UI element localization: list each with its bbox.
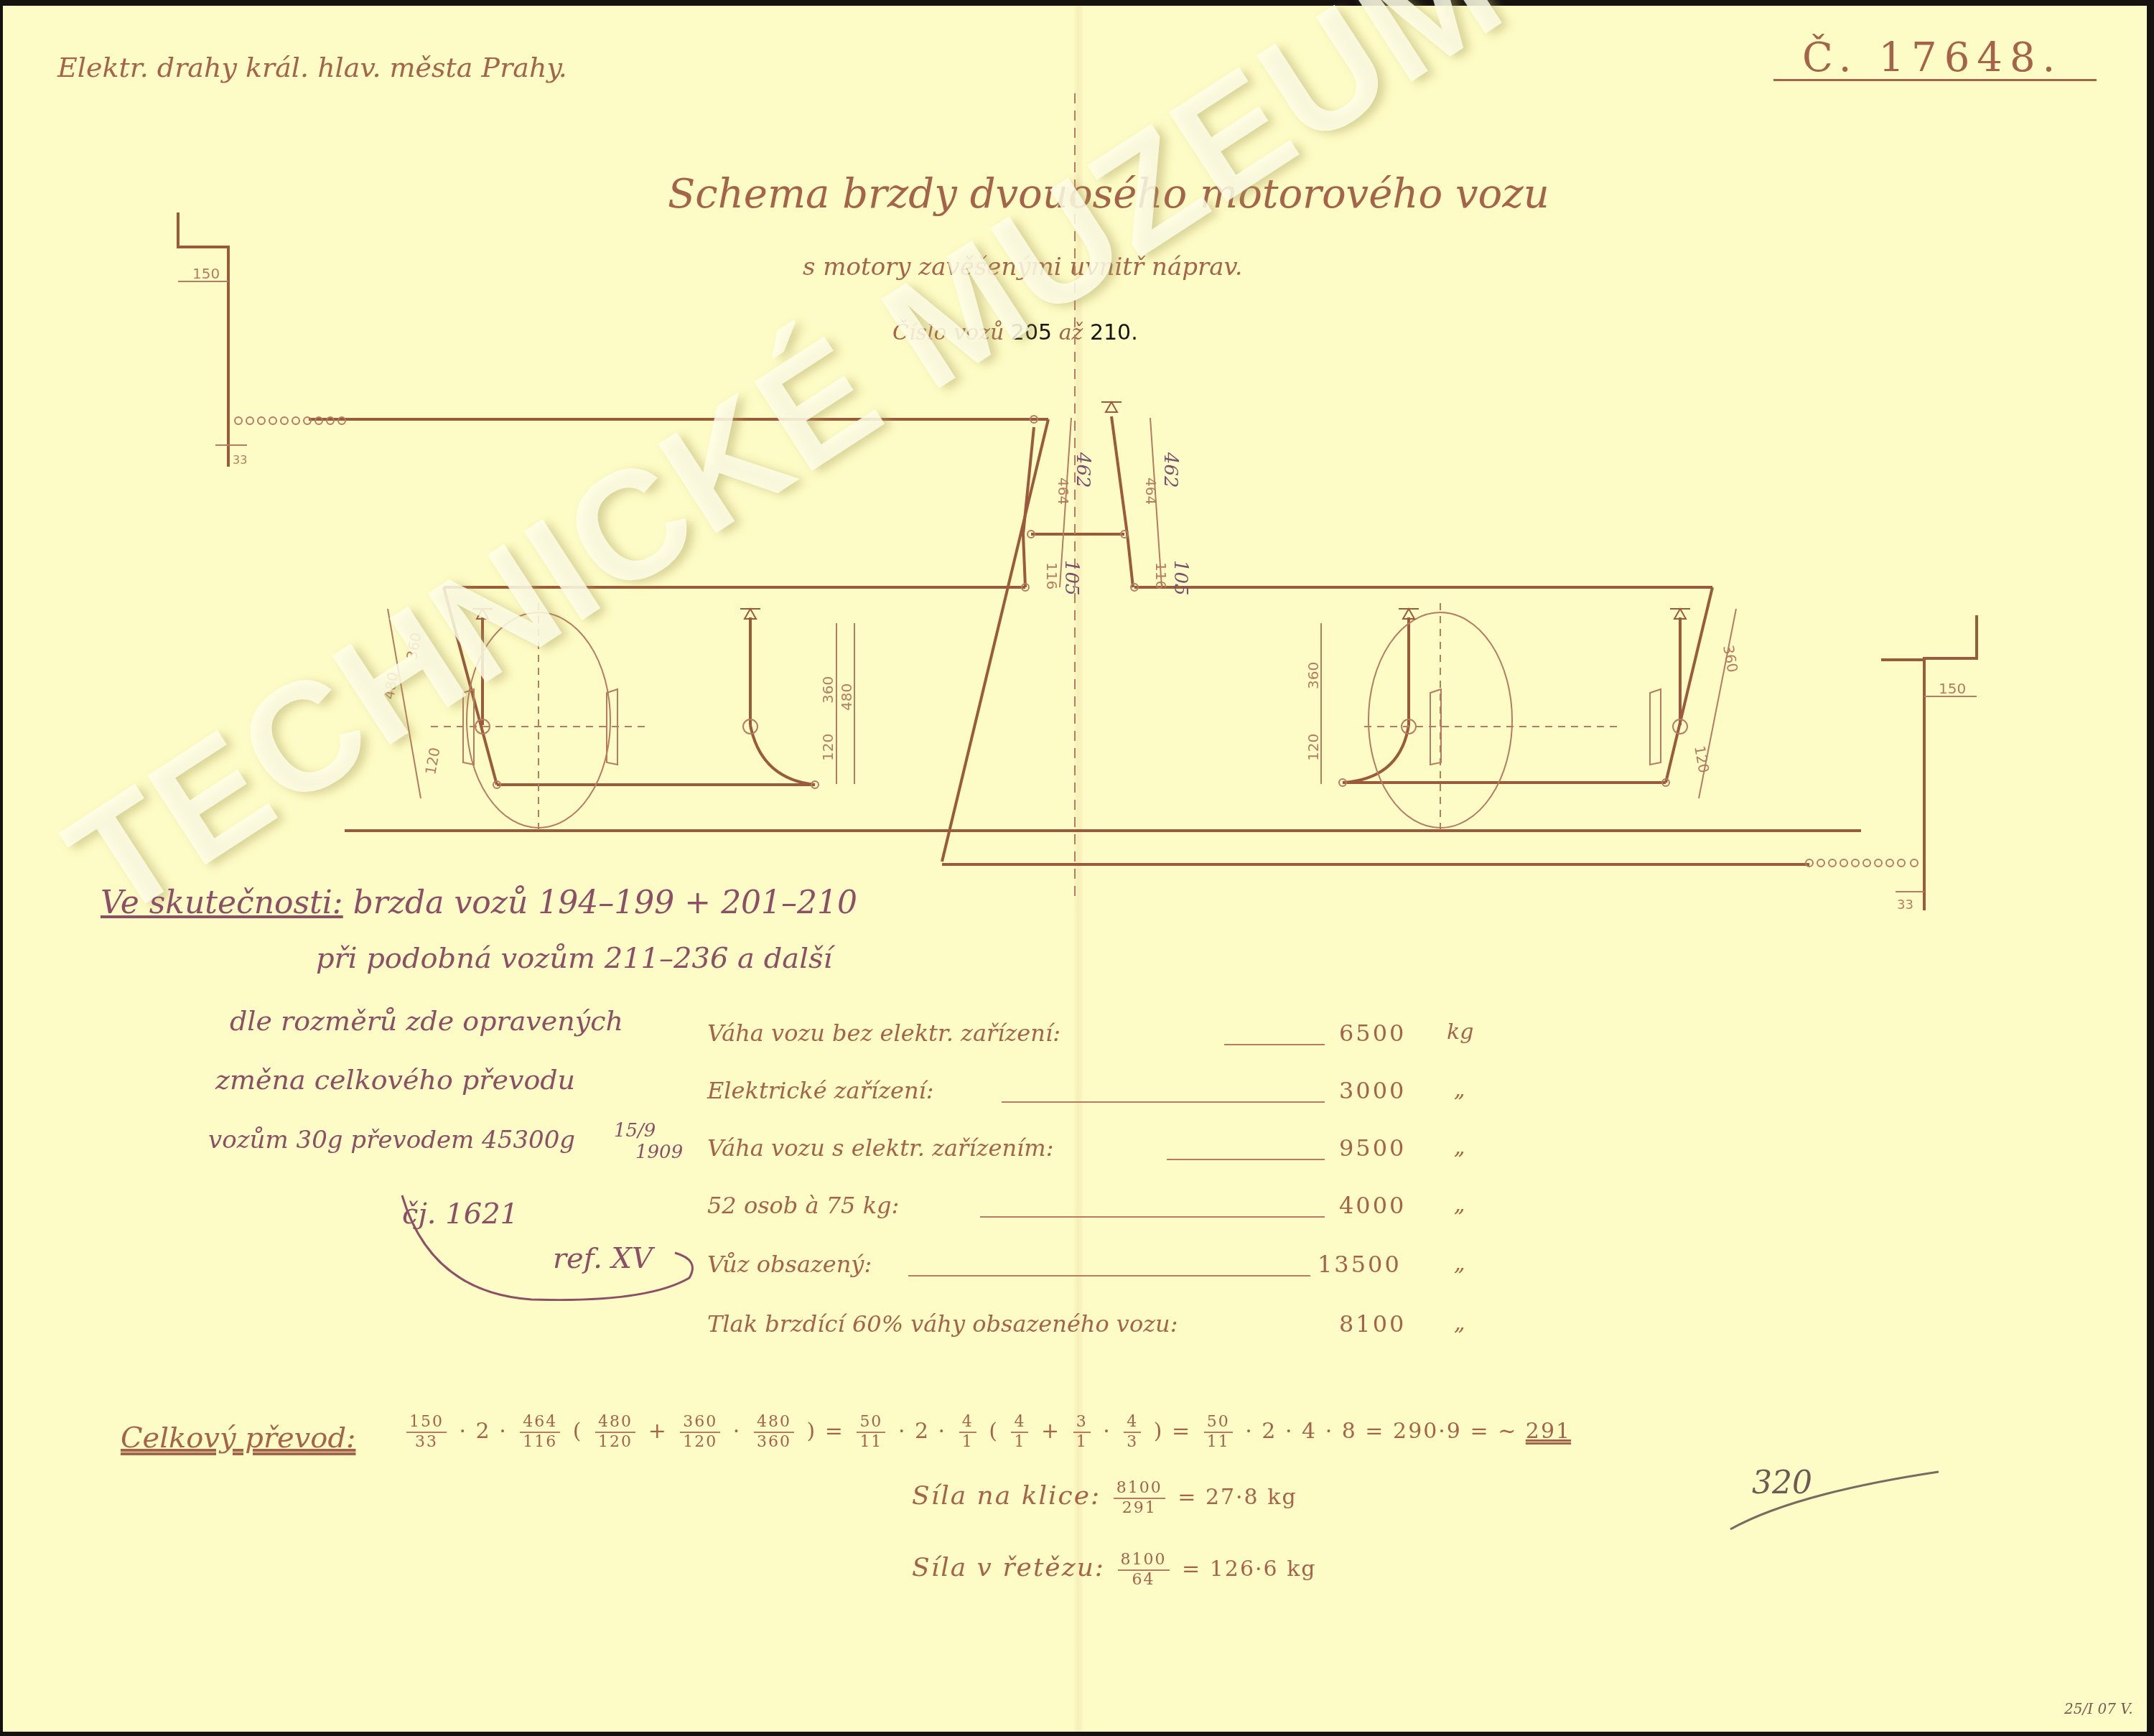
weight-unit: „ — [1454, 1310, 1465, 1335]
fraction: 15033 — [406, 1413, 447, 1452]
force-key-result: = 27·8 kg — [1178, 1485, 1297, 1510]
note-line-3: dle rozměrů zde opravených — [230, 1005, 623, 1037]
weight-label: Vůz obsazený: — [707, 1251, 872, 1278]
svg-text:120: 120 — [1691, 745, 1712, 775]
calc-result: 291 — [1526, 1419, 1571, 1444]
fraction: 43 — [1124, 1413, 1141, 1452]
fraction: 8100291 — [1114, 1479, 1165, 1518]
total-ratio-formula: 15033 · 2 · 464116 ( 480120 + 360120 · 4… — [402, 1413, 1571, 1452]
fraction: 5011 — [1204, 1413, 1233, 1452]
weight-row: Tlak brzdící 60% váhy obsazeného vozu: 8… — [707, 1310, 1497, 1353]
svg-text:105: 105 — [1170, 560, 1191, 596]
fraction: 464116 — [520, 1413, 560, 1452]
note-date-year: 1909 — [635, 1142, 683, 1163]
fraction: 41 — [959, 1413, 976, 1452]
weight-row: Váha vozu s elektr. zařízením: 9500 „ — [707, 1134, 1497, 1177]
note-line-4: změna celkového převodu — [215, 1064, 575, 1096]
weight-unit: „ — [1454, 1192, 1465, 1217]
svg-text:360: 360 — [1305, 662, 1322, 689]
svg-text:360: 360 — [819, 676, 836, 704]
force-key-label: Síla na klice: — [912, 1481, 1101, 1511]
svg-text:462: 462 — [1160, 452, 1181, 488]
note-line-1: Ve skutečnosti: brzda vozů 194–199 + 201… — [101, 885, 857, 921]
note-line-1-label: Ve skutečnosti: — [101, 885, 343, 921]
svg-text:150: 150 — [192, 265, 220, 282]
note-line-5: vozům 30g převodem 45300g — [208, 1126, 575, 1154]
weight-label: Elektrické zařízení: — [707, 1077, 934, 1104]
note-line-1-text: brzda vozů 194–199 + 201–210 — [353, 885, 857, 921]
note-line-2: při podobná vozům 211–236 a další — [316, 942, 832, 975]
weight-value: 3000 — [1339, 1077, 1406, 1104]
weight-row: Vůz obsazený: 13500 „ — [707, 1251, 1497, 1294]
fraction: 5011 — [857, 1413, 885, 1452]
weight-unit: „ — [1454, 1134, 1465, 1159]
force-chain-label: Síla v řetězu: — [912, 1553, 1105, 1582]
svg-text:120: 120 — [819, 734, 836, 761]
force-chain-result: = 126·6 kg — [1182, 1557, 1316, 1582]
weight-value: 9500 — [1339, 1134, 1406, 1162]
svg-text:464: 464 — [1055, 477, 1072, 505]
fraction: 480120 — [595, 1413, 635, 1452]
svg-text:33: 33 — [233, 453, 247, 467]
fraction: 31 — [1073, 1413, 1091, 1452]
weight-label: Váha vozu s elektr. zařízením: — [707, 1134, 1053, 1162]
svg-text:464: 464 — [1142, 477, 1160, 505]
force-on-key: Síla na klice: 8100291 = 27·8 kg — [912, 1479, 1297, 1518]
svg-text:116: 116 — [1043, 562, 1060, 589]
svg-text:116: 116 — [1152, 562, 1170, 589]
note-ref-number: čj. 1621 — [402, 1198, 518, 1231]
svg-text:150: 150 — [1939, 680, 1966, 697]
weight-label: Tlak brzdící 60% váhy obsazeného vozu: — [707, 1310, 1178, 1338]
svg-text:105: 105 — [1060, 560, 1082, 596]
weight-value: 4000 — [1339, 1192, 1406, 1219]
svg-text:462: 462 — [1072, 452, 1094, 488]
force-in-chain: Síla v řetězu: 810064 = 126·6 kg — [912, 1551, 1317, 1590]
svg-text:360: 360 — [1720, 644, 1741, 674]
fraction: 810064 — [1118, 1551, 1170, 1590]
note-ref-dept: ref. XV — [553, 1242, 653, 1275]
svg-text:120: 120 — [1305, 734, 1322, 761]
total-ratio-label: Celkový převod: — [121, 1422, 355, 1455]
weight-value: 13500 — [1318, 1251, 1402, 1278]
footer-date-mark: 25/I 07 V. — [2064, 1700, 2133, 1717]
weight-unit: kg — [1447, 1019, 1473, 1045]
weight-label: 52 osob à 75 kg: — [707, 1192, 899, 1219]
fraction: 480360 — [754, 1413, 794, 1452]
note-date: 15/9 1909 — [614, 1120, 683, 1163]
note-date-num: 15/9 — [614, 1120, 656, 1142]
weight-unit: „ — [1454, 1251, 1465, 1276]
weight-row: 52 osob à 75 kg: 4000 „ — [707, 1192, 1497, 1235]
weight-value: 6500 — [1339, 1019, 1406, 1047]
pencil-correction: 320 — [1752, 1465, 1812, 1501]
weight-row: Elektrické zařízení: 3000 „ — [707, 1077, 1497, 1120]
weight-value: 8100 — [1339, 1310, 1406, 1338]
fraction: 41 — [1011, 1413, 1028, 1452]
calc-tail: 2 · 4 · 8 = 290·9 = ~ — [1262, 1419, 1517, 1444]
svg-text:480: 480 — [838, 683, 855, 711]
weight-label: Váha vozu bez elektr. zařízení: — [707, 1019, 1060, 1047]
weight-row: Váha vozu bez elektr. zařízení: 6500 kg — [707, 1019, 1497, 1063]
weight-unit: „ — [1454, 1077, 1465, 1102]
svg-text:33: 33 — [1897, 897, 1913, 913]
fraction: 360120 — [680, 1413, 720, 1452]
